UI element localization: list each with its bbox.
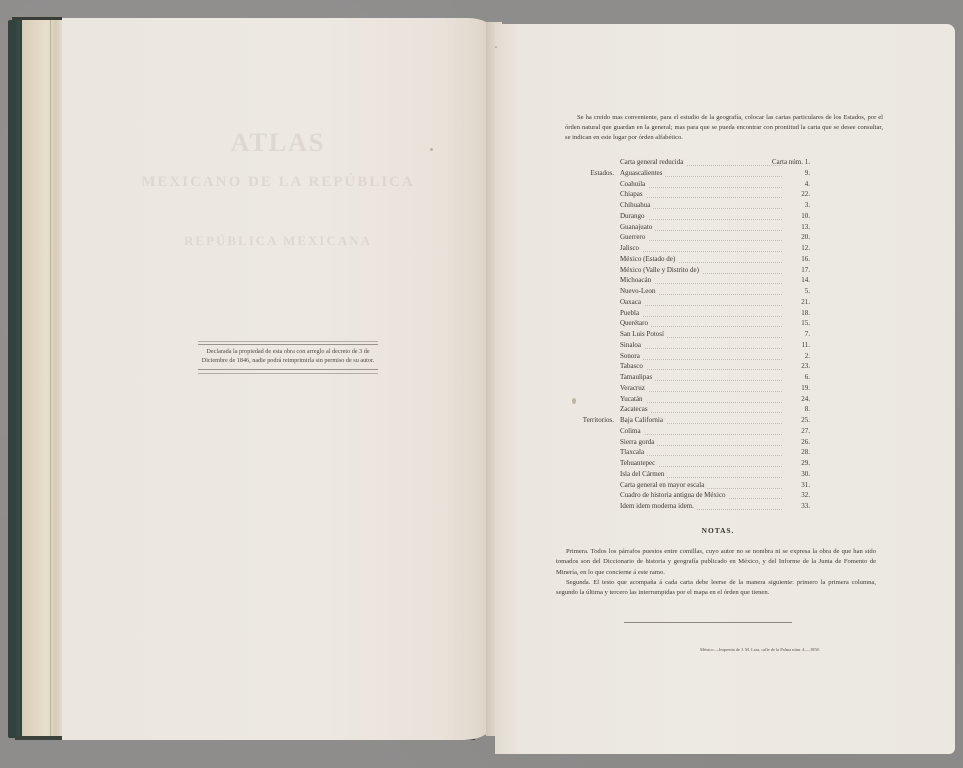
bleed-through-subtitle: MEXICANO DE LA REPÚBLICA [62, 174, 494, 191]
toc-entry-number: 17. [760, 265, 810, 276]
toc-leader-dots [622, 351, 782, 360]
toc-row: Estados.Aguascalientes9. [570, 168, 810, 179]
toc-entry-label: México (Valle y Distrito de) [620, 266, 702, 274]
toc-entry-number: 11. [760, 340, 810, 351]
toc-entry-number: 20. [760, 232, 810, 243]
toc-row: Durango10. [570, 211, 810, 222]
toc-row: Cuadro de historia antigua de México32. [570, 490, 810, 501]
toc-entry-number: 15. [760, 318, 810, 329]
toc-row: Sinaloa11. [570, 340, 810, 351]
toc-entry-label: Sonora [620, 352, 643, 360]
toc-row: México (Valle y Distrito de)17. [570, 265, 810, 276]
toc-entry-number: 12. [760, 243, 810, 254]
toc-entry-label: Idem idem moderna idem. [620, 502, 697, 510]
toc-row: Territorios.Baja California25. [570, 415, 810, 426]
toc-row: Chihuahua3. [570, 200, 810, 211]
toc-entry-label: Guerrero [620, 233, 648, 241]
toc-entry-label: México (Estado de) [620, 255, 678, 263]
toc-entry-label: Jalisco [620, 244, 642, 252]
toc-entry-number: 13. [760, 222, 810, 233]
toc-entry-number: 28. [760, 447, 810, 458]
toc-entry-label: Oaxaca [620, 298, 644, 306]
toc-entry-number: 5. [760, 286, 810, 297]
toc-row: Oaxaca21. [570, 297, 810, 308]
toc-row: Idem idem moderna idem.33. [570, 501, 810, 512]
toc-entry-number: 30. [760, 469, 810, 480]
toc-entry-label: Colima [620, 427, 644, 435]
toc-entry-label: Carta general reducida [620, 158, 686, 166]
toc-entry-label: Chihuahua [620, 201, 653, 209]
toc-entry-label: Guanajuato [620, 223, 655, 231]
toc-entry-number: Carta núm. 1. [760, 157, 810, 168]
toc-entry-number: 32. [760, 490, 810, 501]
toc-leader-dots [622, 297, 782, 306]
toc-row: Jalisco12. [570, 243, 810, 254]
toc-entry-label: Yucatán [620, 395, 646, 403]
toc-entry-label: Puebla [620, 309, 642, 317]
toc-entry-number: 6. [760, 372, 810, 383]
toc-entry-label: Tabasco [620, 362, 646, 370]
toc-entry-number: 3. [760, 200, 810, 211]
toc-entry-label: Tehuantepec [620, 459, 658, 467]
toc-row: Tabasco23. [570, 361, 810, 372]
toc-entry-label: Sierra gorda [620, 438, 657, 446]
toc-entry-number: 26. [760, 437, 810, 448]
toc-row: Tamaulipas6. [570, 372, 810, 383]
toc-row: Isla del Cármen30. [570, 469, 810, 480]
bleed-through-line: REPÚBLICA MEXICANA [62, 233, 494, 249]
foxing-spot [572, 398, 576, 404]
toc-entry-number: 33. [760, 501, 810, 512]
toc-leader-dots [622, 340, 782, 349]
toc-row: Veracruz19. [570, 383, 810, 394]
toc-entry-number: 7. [760, 329, 810, 340]
toc-entry-label: Tlaxcala [620, 448, 647, 456]
toc-entry-number: 25. [760, 415, 810, 426]
toc-row: Guerrero20. [570, 232, 810, 243]
toc-row: Yucatán24. [570, 394, 810, 405]
divider-rule [624, 622, 792, 623]
table-of-contents: Carta general reducidaCarta núm. 1.Estad… [570, 157, 810, 512]
toc-row: Chiapas22. [570, 189, 810, 200]
toc-entry-number: 19. [760, 383, 810, 394]
toc-entry-number: 22. [760, 189, 810, 200]
toc-entry-label: Querétaro [620, 319, 651, 327]
toc-row: Michoacán14. [570, 275, 810, 286]
toc-entry-number: 14. [760, 275, 810, 286]
toc-leader-dots [622, 394, 782, 403]
toc-row: Tehuantepec29. [570, 458, 810, 469]
toc-entry-number: 18. [760, 308, 810, 319]
copyright-notice: Declarada la propiedad de esta obra con … [198, 344, 378, 370]
toc-row: San Luis Potosí7. [570, 329, 810, 340]
toc-row: México (Estado de)16. [570, 254, 810, 265]
toc-entry-number: 23. [760, 361, 810, 372]
toc-entry-label: Coahuila [620, 180, 648, 188]
toc-row: Tlaxcala28. [570, 447, 810, 458]
toc-entry-label: Chiapas [620, 190, 646, 198]
toc-row: Querétaro15. [570, 318, 810, 329]
note-segunda: Segunda. El testo que acompaña á cada ca… [556, 578, 876, 599]
printer-imprint: México.—Imprenta de J. M. Lara, calle de… [700, 647, 840, 652]
toc-entry-number: 16. [760, 254, 810, 265]
toc-entry-number: 21. [760, 297, 810, 308]
toc-row: Guanajuato13. [570, 222, 810, 233]
toc-row: Sierra gorda26. [570, 437, 810, 448]
toc-entry-label: Carta general en mayor escala [620, 481, 707, 489]
toc-group-label: Territorios. [570, 415, 614, 426]
toc-entry-label: Aguascalientes [620, 169, 665, 177]
note-primera: Primera. Todos los párrafos puestos entr… [556, 547, 876, 578]
toc-row: Carta general reducidaCarta núm. 1. [570, 157, 810, 168]
toc-row: Nuevo-Leon5. [570, 286, 810, 297]
toc-entry-number: 4. [760, 179, 810, 190]
toc-row: Sonora2. [570, 351, 810, 362]
toc-leader-dots [622, 308, 782, 317]
intro-paragraph: Se ha creido mas conveniente, para el es… [565, 113, 883, 144]
toc-entry-number: 27. [760, 426, 810, 437]
toc-leader-dots [622, 426, 782, 435]
toc-entry-label: Durango [620, 212, 648, 220]
toc-row: Puebla18. [570, 308, 810, 319]
toc-leader-dots [622, 243, 782, 252]
bleed-through-title: ATLAS [62, 128, 494, 158]
toc-entry-label: Sinaloa [620, 341, 644, 349]
foxing-spot [495, 46, 497, 48]
toc-entry-number: 8. [760, 404, 810, 415]
toc-entry-label: Baja California [620, 416, 666, 424]
toc-row: Carta general en mayor escala31. [570, 480, 810, 491]
notes-section: Primera. Todos los párrafos puestos entr… [556, 547, 876, 598]
page-stack-edge [22, 20, 64, 736]
toc-group-label: Estados. [570, 168, 614, 179]
toc-entry-number: 29. [760, 458, 810, 469]
toc-entry-number: 9. [760, 168, 810, 179]
foxing-spot [430, 148, 433, 151]
toc-row: Zacatecas8. [570, 404, 810, 415]
toc-entry-label: Nuevo-Leon [620, 287, 658, 295]
toc-entry-number: 31. [760, 480, 810, 491]
toc-entry-label: Veracruz [620, 384, 648, 392]
left-page: ATLAS MEXICANO DE LA REPÚBLICA REPÚBLICA… [62, 18, 494, 740]
toc-entry-number: 10. [760, 211, 810, 222]
toc-entry-label: Tamaulipas [620, 373, 655, 381]
toc-row: Coahuila4. [570, 179, 810, 190]
notes-heading: NOTAS. [560, 526, 876, 535]
toc-entry-number: 2. [760, 351, 810, 362]
toc-leader-dots [622, 361, 782, 370]
toc-row: Colima27. [570, 426, 810, 437]
toc-entry-label: Cuadro de historia antigua de México [620, 491, 729, 499]
toc-entry-label: Michoacán [620, 276, 654, 284]
toc-entry-label: San Luis Potosí [620, 330, 667, 338]
toc-entry-number: 24. [760, 394, 810, 405]
toc-entry-label: Zacatecas [620, 405, 651, 413]
toc-leader-dots [622, 189, 782, 198]
toc-entry-label: Isla del Cármen [620, 470, 667, 478]
